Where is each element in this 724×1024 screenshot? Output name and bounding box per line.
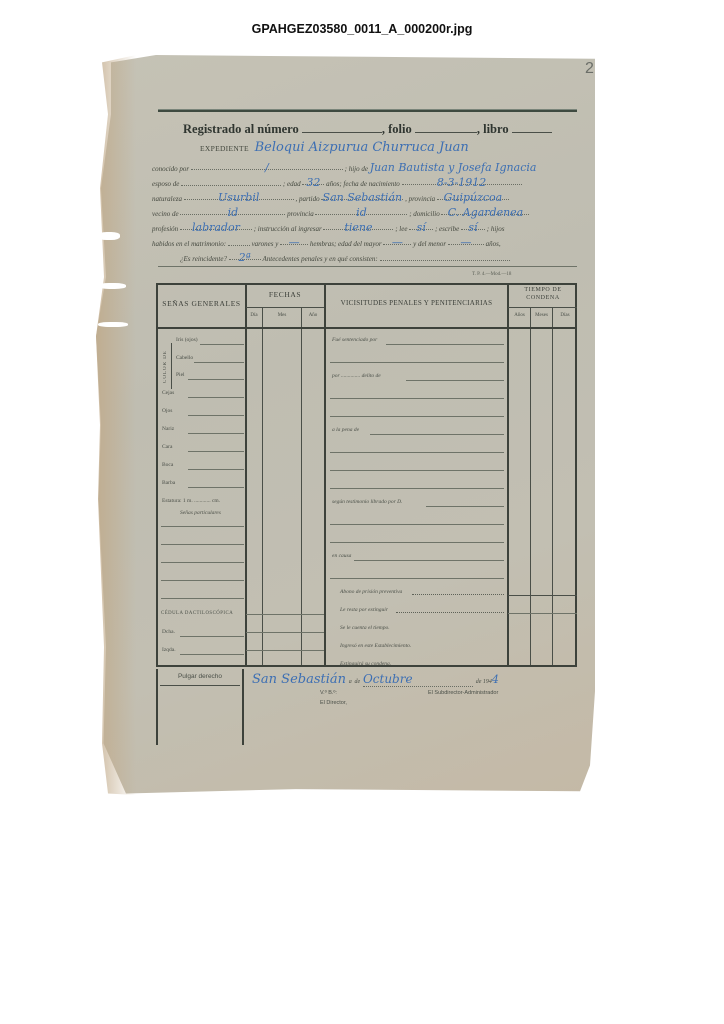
- naturaleza-value: Usurbil: [184, 191, 294, 200]
- provincia2-label: provincia: [287, 210, 314, 218]
- libro-field: [512, 123, 552, 133]
- file-title: GPAHGEZ03580_0011_A_000200r.jpg: [0, 22, 724, 36]
- lee-value: sí: [409, 221, 433, 230]
- hijo-de-value: Juan Bautista y Josefa Ignacia: [370, 161, 537, 174]
- vecino-de-label: vecino de: [152, 210, 179, 218]
- color-de-brace: [171, 343, 173, 389]
- vicisitud-line: [330, 488, 504, 489]
- provincia-label: , provincia: [405, 195, 435, 203]
- domicilio-label: ; domicilio: [409, 210, 440, 218]
- fechas-grid-line: [246, 614, 324, 615]
- month-value: Octubre: [363, 672, 473, 687]
- lee-label: ; lee: [395, 225, 407, 233]
- header-vicisitudes: VICISITUDES PENALES Y PENITENCIARIAS: [326, 299, 507, 307]
- izqda-line: [180, 654, 244, 655]
- dcha-line: [180, 636, 244, 637]
- de-label: de: [355, 679, 361, 685]
- senas-row-label: Piel: [176, 372, 185, 378]
- vicisitudes-column: Fué sentenciado por por .............. d…: [326, 329, 507, 669]
- fecha-nacimiento-value: 8-3-1912: [402, 176, 522, 185]
- place-date-line: San Sebastián a de Octubre de 1944: [252, 672, 499, 687]
- edad-value: 32: [302, 176, 324, 185]
- vicisitud-line: [330, 524, 504, 525]
- senas-row-label: Cejas: [162, 390, 174, 396]
- conocido-por-value: /: [191, 161, 343, 170]
- naturaleza-row: naturaleza Usurbil , partido San Sebasti…: [152, 191, 509, 205]
- hijo-de-label: ; hijo de: [345, 165, 368, 173]
- vicisitud-line: [330, 362, 504, 363]
- year-prefix: de 194: [476, 679, 492, 685]
- naturaleza-label: naturaleza: [152, 195, 182, 203]
- form-code: T. P. 4.—Mod.—18: [472, 272, 511, 277]
- senas-generales-column: COLOR DE Iris (ojos) Cabello Piel Cejas …: [158, 329, 245, 669]
- vicisitud-line: [406, 380, 504, 381]
- vicisitud-line: [330, 578, 504, 579]
- tiempo-subrule: [508, 307, 577, 308]
- header-ano: Año: [302, 313, 324, 318]
- vicisitud-line: [370, 434, 504, 435]
- edad-mayor-value: —: [383, 236, 411, 245]
- senas-row-line: [200, 344, 244, 345]
- escribe-value: sí: [461, 221, 485, 230]
- edad-menor-value: —: [448, 236, 484, 245]
- paper-stained-edge: [96, 55, 136, 795]
- header-mes: Mes: [263, 313, 301, 318]
- senas-row-line: [194, 362, 244, 363]
- partido-label: , partido: [295, 195, 319, 203]
- partido-value: San Sebastián: [321, 191, 403, 200]
- hembras-label: hembras; edad del mayor: [310, 240, 382, 248]
- paper-tear: [98, 283, 126, 289]
- vicisitud-dotline: [412, 594, 504, 595]
- senas-particulares-line: [161, 580, 244, 581]
- vicisitud-label: a la pena de: [332, 427, 359, 433]
- pulgar-derecho-rule: [160, 685, 240, 686]
- fechas-grid-line: [246, 632, 324, 633]
- folio-field: [415, 123, 477, 133]
- antecedentes-value: [380, 252, 510, 261]
- reincidente-label: ¿Es reincidente?: [180, 255, 227, 263]
- esposo-de-label: esposo de: [152, 180, 179, 188]
- edad-label: ; edad: [283, 180, 301, 188]
- col-divider: [262, 307, 263, 665]
- expediente-row: EXPEDIENTE Beloqui Aizpurua Churruca Jua…: [200, 140, 469, 154]
- provincia-value: Guipúzcoa: [437, 191, 509, 200]
- esposo-de-value: [181, 177, 281, 186]
- varones-value: [228, 237, 250, 246]
- color-de-label: COLOR DE: [163, 347, 171, 387]
- reincidente-value: 2ª: [229, 251, 261, 260]
- senas-row-line: [188, 469, 244, 470]
- paper-tear: [98, 322, 128, 327]
- col-divider: [245, 285, 247, 665]
- hijos-row: habidos en el matrimonio: varones y — he…: [152, 236, 501, 250]
- antecedentes-label: Antecedentes penales y en qué consisten:: [262, 255, 377, 263]
- domicilio-value: C. Agardenea: [441, 206, 529, 215]
- fechas-subrule: [246, 307, 324, 308]
- vicisitud-label: Extinguirá su condena.: [340, 661, 391, 667]
- expediente-label: EXPEDIENTE: [200, 144, 249, 153]
- page-number: 2: [585, 60, 594, 78]
- vicisitud-label: Ingresó en este Establecimiento.: [340, 643, 411, 649]
- senas-row-line: [188, 487, 244, 488]
- provincia2-value: id: [315, 206, 407, 215]
- vicisitud-label: por .............. delito de: [332, 373, 381, 379]
- habidos-label: habidos en el matrimonio:: [152, 240, 226, 248]
- col-divider: [530, 307, 531, 665]
- senas-row-label: Nariz: [162, 426, 174, 432]
- conocido-row: conocido por / ; hijo de Juan Bautista y…: [152, 161, 536, 175]
- header-dia: Día: [246, 313, 262, 318]
- senas-particulares-line: [161, 544, 244, 545]
- reincidente-row: ¿Es reincidente? 2ª Antecedentes penales…: [180, 251, 510, 265]
- varones-label: varones y: [252, 240, 279, 248]
- del-menor-label: y del menor: [413, 240, 446, 248]
- header-anos: Años: [509, 313, 530, 318]
- cedula-dactiloscopica-label: CÉDULA DACTILOSCÓPICA: [161, 611, 233, 616]
- fecha-nacimiento-label: años; fecha de nacimiento: [326, 180, 400, 188]
- senas-row-line: [188, 397, 244, 398]
- estatura-label: Estatura: 1 m. ............ cm.: [162, 498, 220, 504]
- senas-row-line: [188, 433, 244, 434]
- vicisitud-label: Se le cuenta el tiempo.: [340, 625, 390, 631]
- place-value: San Sebastián: [252, 672, 346, 687]
- section-divider: [158, 266, 577, 267]
- izqda-label: Izqda.: [162, 647, 176, 653]
- instruccion-value: tiene: [323, 221, 393, 230]
- header-senas-generales: SEÑAS GENERALES: [158, 299, 245, 308]
- director-label: El Director,: [320, 700, 347, 706]
- vicisitud-line: [330, 452, 504, 453]
- vicisitud-line: [426, 506, 504, 507]
- esposo-row: esposo de ; edad 32 años; fecha de nacim…: [152, 176, 522, 190]
- header-tiempo-condena: TIEMPO DE CONDENA: [509, 286, 577, 302]
- fechas-grid-line: [246, 650, 324, 651]
- paper-tear: [98, 232, 120, 240]
- vicisitud-line: [330, 398, 504, 399]
- senas-row-label: Cara: [162, 444, 172, 450]
- dcha-label: Dcha.: [162, 629, 175, 635]
- record-table: SEÑAS GENERALES FECHAS Día Mes Año VICIS…: [156, 283, 577, 667]
- tiempo-grid-line: [508, 595, 577, 596]
- senas-particulares-label: Señas particulares: [180, 510, 221, 516]
- header-fechas: FECHAS: [246, 290, 324, 299]
- senas-particulares-line: [161, 598, 244, 599]
- vecino-row: vecino de id provincia id ; domicilio C.…: [152, 206, 529, 220]
- senas-row-label: Boca: [162, 462, 173, 468]
- senas-row-line: [188, 379, 244, 380]
- col-divider: [552, 307, 553, 665]
- header-dias: Días: [553, 313, 577, 318]
- vicisitud-label: Fué sentenciado por: [332, 337, 377, 343]
- vicisitud-dotline: [396, 612, 504, 613]
- senas-row-label: Cabello: [176, 355, 193, 361]
- registro-numero-label: Registrado al número: [183, 122, 299, 136]
- tiempo-grid-line: [508, 613, 577, 614]
- escribe-label: ; escribe: [435, 225, 459, 233]
- vicisitud-line: [354, 560, 504, 561]
- profesion-label: profesión: [152, 225, 178, 233]
- senas-particulares-line: [161, 562, 244, 563]
- top-double-rule: [158, 109, 577, 112]
- a-label: a: [349, 679, 352, 685]
- vecino-de-value: id: [180, 206, 285, 215]
- libro-label: , libro: [477, 122, 509, 136]
- vicisitud-line: [386, 344, 504, 345]
- vicisitud-label: Le resta por extinguir: [340, 607, 388, 613]
- subdirector-label: El Subdirector-Administrador: [428, 690, 498, 696]
- conocido-por-label: conocido por: [152, 165, 189, 173]
- senas-row-label: Ojos: [162, 408, 172, 414]
- folio-label: , folio: [382, 122, 412, 136]
- senas-row-label: Iris (ojos): [176, 337, 198, 343]
- vicisitud-label: Abono de prisión preventiva: [340, 589, 402, 595]
- col-divider: [507, 285, 509, 665]
- instruccion-label: ; instrucción al ingresar: [254, 225, 322, 233]
- vicisitud-line: [330, 416, 504, 417]
- registro-numero-field: [302, 123, 382, 133]
- header-meses: Meses: [531, 313, 552, 318]
- vicisitud-line: [330, 470, 504, 471]
- pulgar-derecho-box: Pulgar derecho: [156, 669, 244, 745]
- profesion-row: profesión labrador ; instrucción al ingr…: [152, 221, 504, 235]
- registration-line: Registrado al número , folio , libro: [183, 122, 552, 137]
- senas-particulares-line: [161, 526, 244, 527]
- anos-label: años,: [486, 240, 501, 248]
- col-divider: [301, 307, 302, 665]
- expediente-value: Beloqui Aizpurua Churruca Juan: [255, 140, 469, 155]
- senas-row-line: [188, 451, 244, 452]
- senas-row-line: [188, 415, 244, 416]
- senas-row-label: Barba: [162, 480, 175, 486]
- profesion-value: labrador: [180, 221, 252, 230]
- pulgar-derecho-label: Pulgar derecho: [158, 673, 242, 680]
- visto-bueno-label: V.º B.º:: [320, 690, 337, 696]
- vicisitud-label: en causa: [332, 553, 351, 559]
- vicisitud-line: [330, 542, 504, 543]
- hembras-value: —: [280, 236, 308, 245]
- hijos-label: ; hijos: [487, 225, 505, 233]
- vicisitud-label: según testimonio librado por D.: [332, 499, 402, 505]
- year-suffix: 4: [492, 673, 499, 686]
